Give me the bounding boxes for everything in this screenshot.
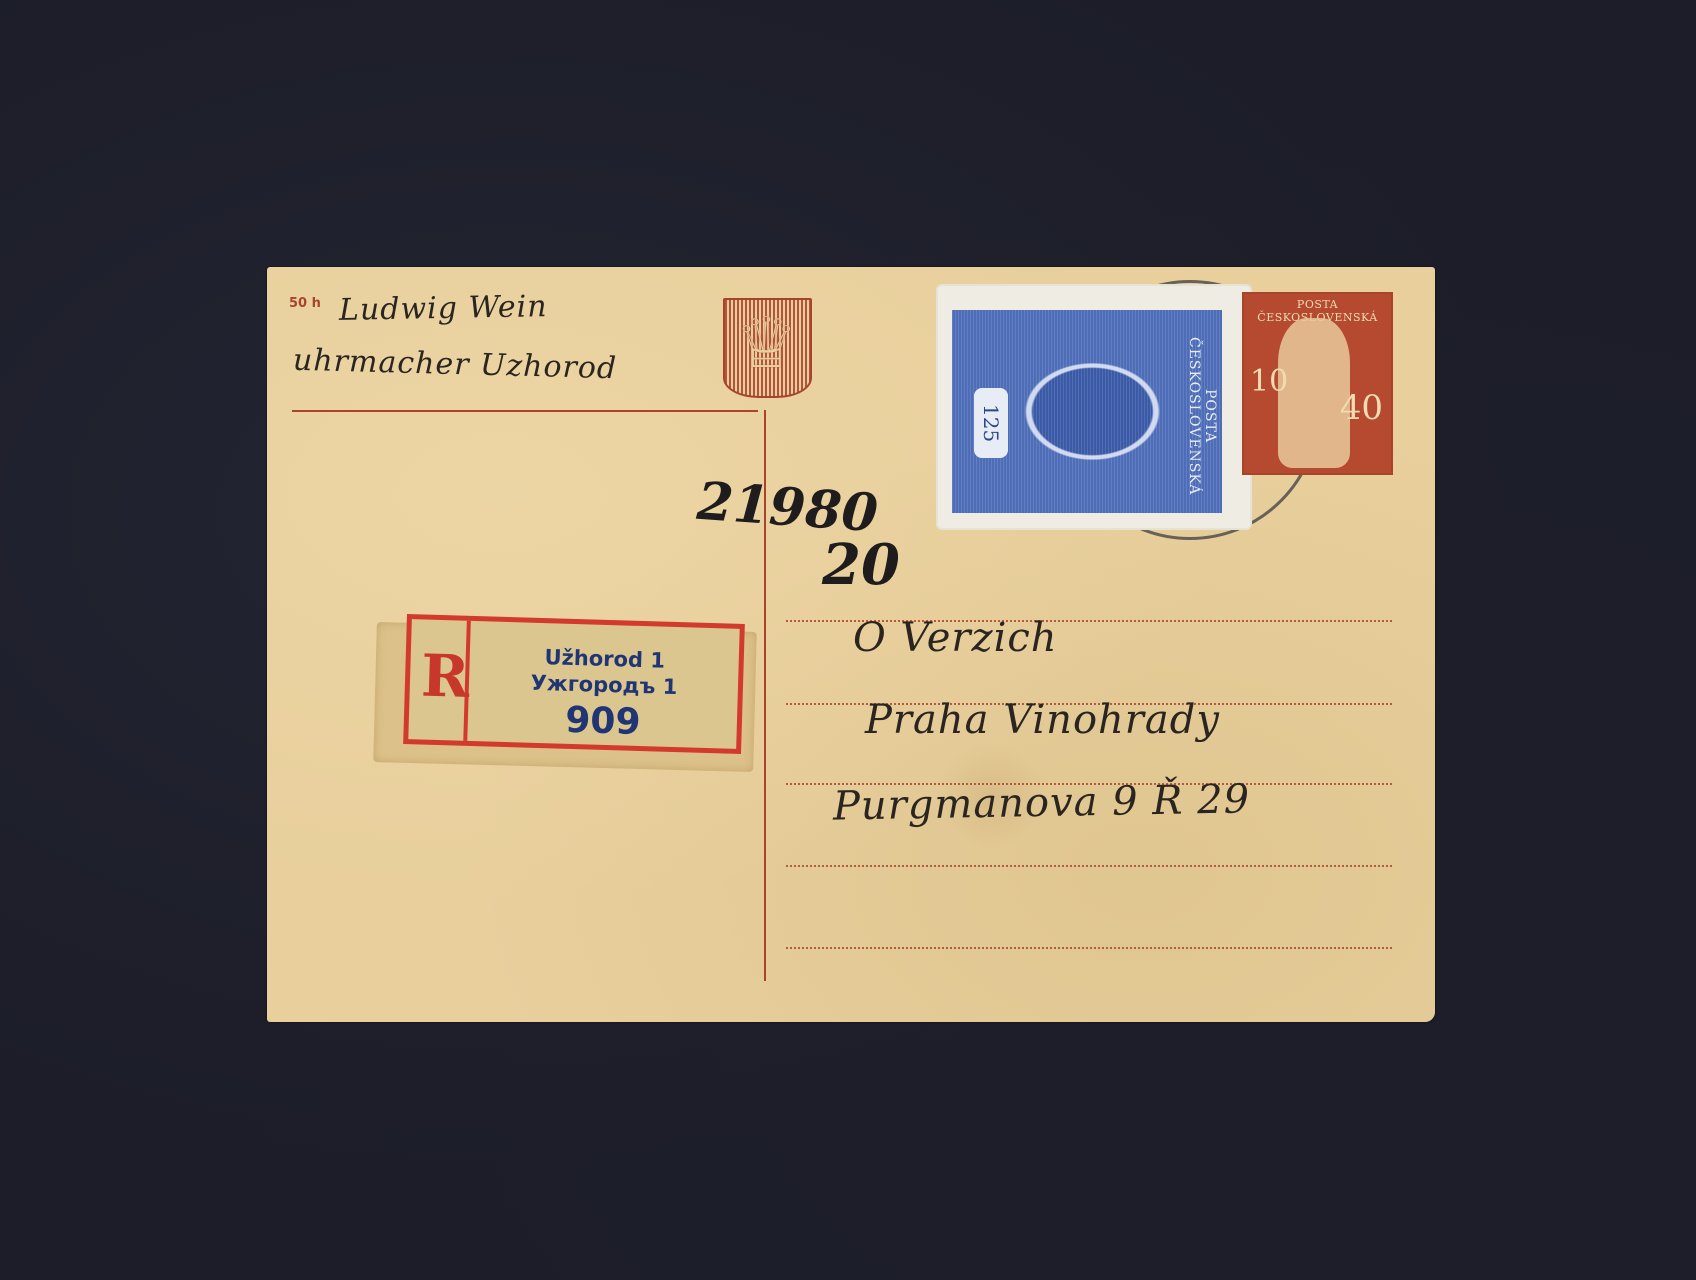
lion-shield-icon — [723, 298, 812, 398]
denomination-label: 50 h — [289, 296, 321, 311]
registration-r-box: R — [408, 619, 471, 741]
registration-number: 909 — [468, 697, 737, 746]
stamp-value: 125 — [974, 388, 1008, 458]
imprinted-stamp-value-right: 40 — [1340, 388, 1383, 428]
imprinted-stamp-value-left: 10 — [1250, 364, 1288, 399]
imprinted-stamp: POSTA ČESKOSLOVENSKÁ 10 40 — [1242, 292, 1393, 475]
sender-name: Ludwig Wein — [339, 289, 548, 328]
stamp-inscription: POSTA ČESKOSLOVENSKÁ — [1194, 324, 1218, 509]
portrait-icon: 125 POSTA ČESKOSLOVENSKÁ — [952, 310, 1222, 513]
sender-divider — [292, 410, 758, 412]
blue-postage-stamp: 125 POSTA ČESKOSLOVENSKÁ — [938, 286, 1250, 528]
registration-letter: R — [420, 641, 470, 710]
registration-label: R Užhorod 1 Ужгородъ 1 909 — [403, 614, 745, 754]
address-line — [786, 865, 1392, 867]
recipient-city: Praha Vinohrady — [865, 697, 1220, 743]
recipient-street: Purgmanova 9 Ř 29 — [833, 776, 1251, 829]
sender-occupation-city: uhrmacher Uzhorod — [293, 343, 618, 386]
handstamp-overwrite: 20 — [822, 532, 900, 598]
recipient-name: O Verzich — [853, 615, 1058, 661]
address-line — [786, 947, 1392, 949]
postcard: 50 h Ludwig Wein uhrmacher Uzhorod ZHOR … — [267, 267, 1435, 1022]
